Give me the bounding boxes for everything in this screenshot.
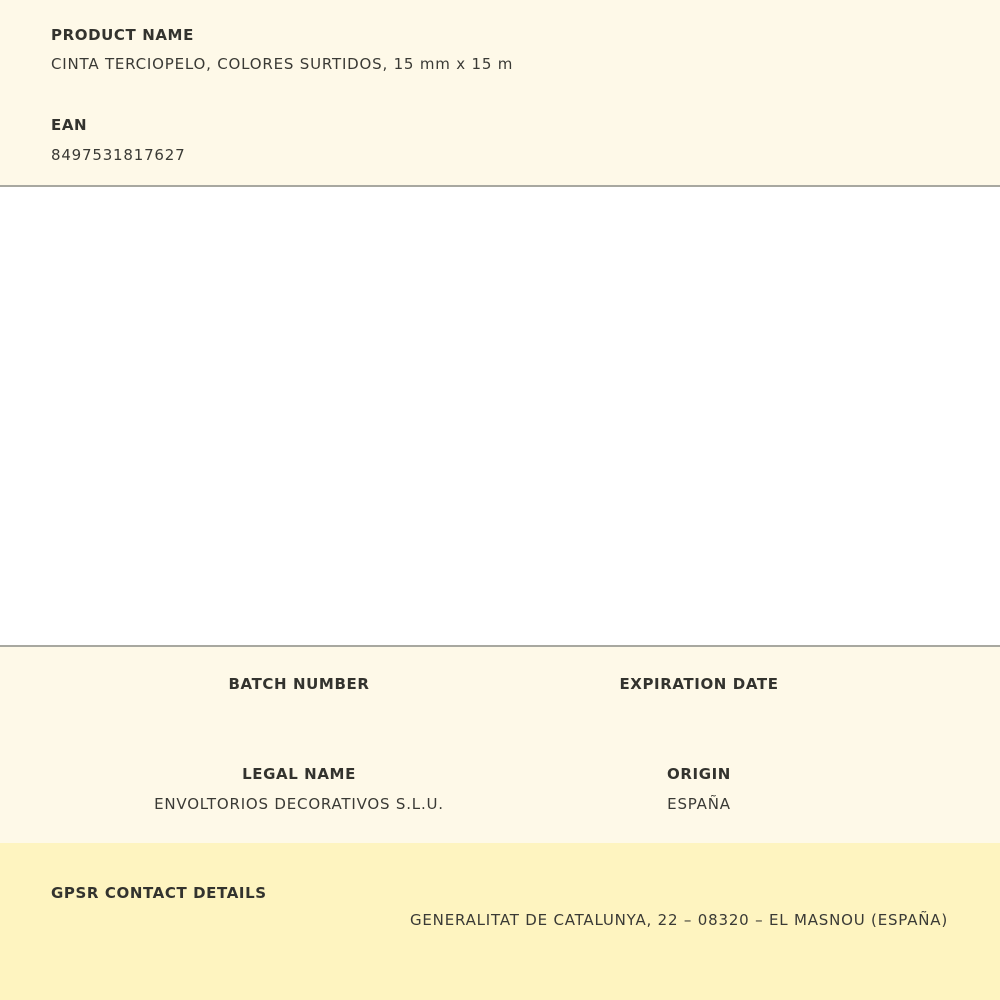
origin-label: ORIGIN — [667, 765, 731, 783]
expiration-date-label: EXPIRATION DATE — [619, 675, 778, 693]
product-name-value: CINTA TERCIOPELO, COLORES SURTIDOS, 15 m… — [51, 55, 513, 73]
origin-value: ESPAÑA — [667, 795, 731, 813]
gpsr-contact-label: GPSR CONTACT DETAILS — [51, 884, 267, 902]
legal-name-value: ENVOLTORIOS DECORATIVOS S.L.U. — [154, 795, 444, 813]
product-details-section: BATCH NUMBER EXPIRATION DATE LEGAL NAME … — [0, 645, 1000, 845]
batch-number-label: BATCH NUMBER — [229, 675, 370, 693]
gpsr-contact-address: GENERALITAT DE CATALUNYA, 22 – 08320 – E… — [410, 911, 948, 929]
product-name-label: PRODUCT NAME — [51, 26, 194, 44]
legal-name-label: LEGAL NAME — [242, 765, 356, 783]
ean-label: EAN — [51, 116, 87, 134]
ean-value: 8497531817627 — [51, 146, 185, 164]
product-header-section: PRODUCT NAME CINTA TERCIOPELO, COLORES S… — [0, 0, 1000, 187]
blank-image-area — [0, 187, 1000, 645]
gpsr-contact-section: GPSR CONTACT DETAILS GENERALITAT DE CATA… — [0, 843, 1000, 1000]
